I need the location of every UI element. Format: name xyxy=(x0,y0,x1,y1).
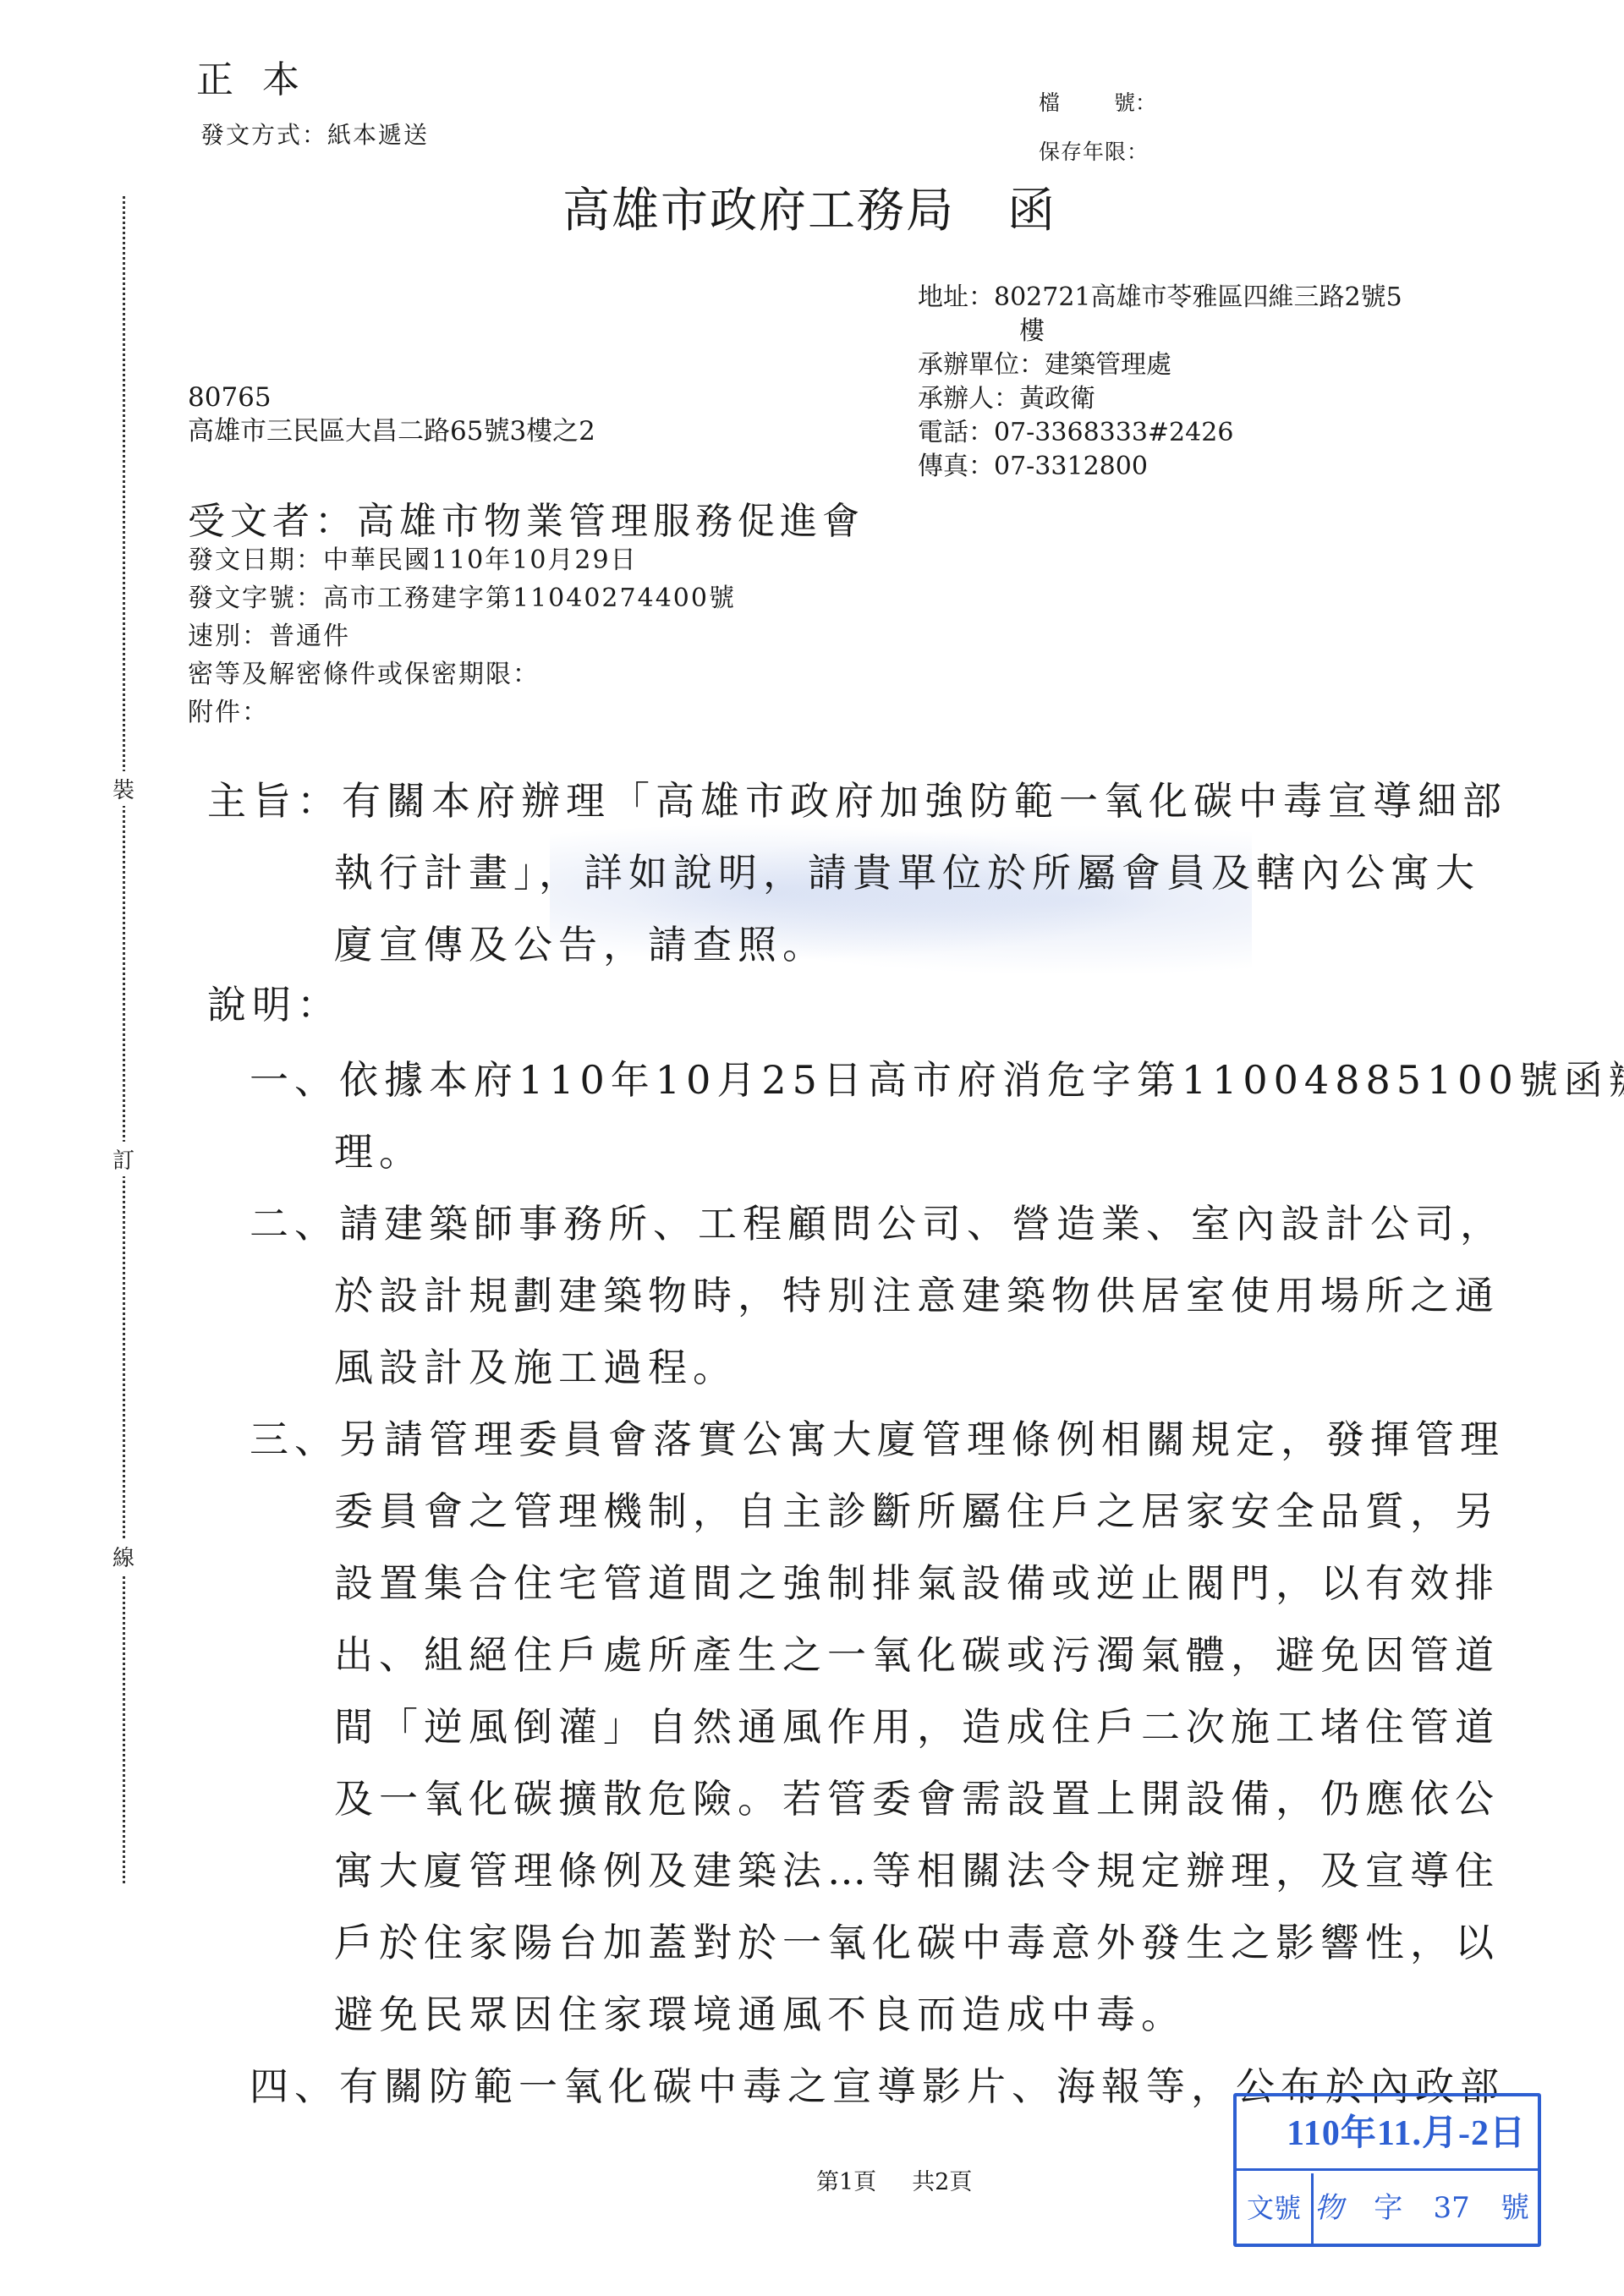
attachment: 附件： xyxy=(188,693,736,732)
item-3-line: 及一氧化碳擴散危險。若管委會需設置上開設備，仍應依公 xyxy=(250,1763,1624,1835)
item-2-line: 風設計及施工過程。 xyxy=(250,1332,1624,1404)
subject-line: 執行計畫」，詳如說明，請貴單位於所屬會員及轄內公寓大 xyxy=(207,837,1507,909)
page-indicator: 第1頁共2頁 xyxy=(816,2163,972,2196)
binding-char-xian: 線 xyxy=(112,1539,134,1574)
stamp-doc-number: 物 字 37 號 xyxy=(1314,2173,1529,2244)
issuing-agency: 高雄市政府工務局 xyxy=(562,184,955,238)
received-date-stamp: 110年11.月-2日 文號 物 字 37 號 xyxy=(1233,2093,1541,2247)
file-number-label: 檔號： xyxy=(1039,86,1156,117)
binding-dotted-line xyxy=(123,196,125,1883)
send-method: 發文方式：紙本遞送 xyxy=(200,117,429,151)
document-title: 高雄市政府工務局函 xyxy=(562,173,1056,241)
page-total: 共2頁 xyxy=(912,2169,972,2195)
sender-address-cont: 樓 xyxy=(918,315,1402,348)
item-3-line: 戶於住家陽台加蓋對於一氧化碳中毒意外發生之影響性，以 xyxy=(250,1907,1624,1979)
item-3-line: 三、另請管理委員會落實公寓大廈管理條例相關規定，發揮管理 xyxy=(250,1404,1624,1476)
stamp-word: 字 xyxy=(1374,2173,1402,2244)
sender-fax: 傳真：07-3312800 xyxy=(918,450,1402,484)
item-3-line: 設置集合住宅管道間之強制排氣設備或逆止閥門，以有效排 xyxy=(250,1548,1624,1619)
file-number-label-a: 檔 xyxy=(1039,90,1114,115)
priority: 速別：普通件 xyxy=(188,617,736,655)
subject-paragraph: 主旨：有關本府辦理「高雄市政府加強防範一氧化碳中毒宣導細部 執行計畫」，詳如說明… xyxy=(207,765,1507,981)
item-3-line: 寓大廈管理條例及建築法…等相關法令規定辦理，及宣導住 xyxy=(250,1835,1624,1907)
stamp-suffix: 號 xyxy=(1501,2173,1529,2244)
item-3-line: 出、組絕住戶處所產生之一氧化碳或污濁氣體，避免因管道 xyxy=(250,1619,1624,1691)
copy-type-label: 正本 xyxy=(196,49,328,103)
retention-period-label: 保存年限： xyxy=(1039,135,1149,166)
stamp-number: 37 xyxy=(1433,2173,1469,2244)
item-2-line: 二、請建築師事務所、工程顧問公司、營造業、室內設計公司， xyxy=(250,1188,1624,1260)
recipient-address: 高雄市三民區大昌二路65號3樓之2 xyxy=(188,414,595,448)
recipient-mailing-address: 80765 高雄市三民區大昌二路65號3樓之2 xyxy=(188,381,595,448)
sender-phone: 電話：07-3368333#2426 xyxy=(918,416,1402,450)
item-3-line: 避免民眾因住家環境通風不良而造成中毒。 xyxy=(250,1979,1624,2051)
sender-address: 地址：802721高雄市苓雅區四維三路2號5 xyxy=(918,281,1402,315)
binding-char-zhuang: 裝 xyxy=(112,771,134,806)
file-number-label-b: 號： xyxy=(1114,90,1156,115)
handling-unit: 承辦單位：建築管理處 xyxy=(918,348,1402,382)
item-2-line: 於設計規劃建築物時，特別注意建築物供居室使用場所之通 xyxy=(250,1260,1624,1332)
stamp-date: 110年11.月-2日 xyxy=(1237,2096,1538,2171)
document-meta: 發文日期：中華民國110年10月29日 發文字號：高市工務建字第11040274… xyxy=(188,541,736,732)
item-3-line: 間「逆風倒灌」自然通風作用，造成住戶二次施工堵住管道 xyxy=(250,1691,1624,1763)
binding-char-ding: 訂 xyxy=(112,1142,134,1176)
item-1-line: 一、依據本府110年10月25日高市府消危字第11004885100號函辦 xyxy=(250,1044,1624,1116)
item-3-line: 委員會之管理機制，自主診斷所屬住戶之居家安全品質，另 xyxy=(250,1476,1624,1548)
explanation-items: 一、依據本府110年10月25日高市府消危字第11004885100號函辦 理。… xyxy=(250,1044,1624,2123)
recipient-zip: 80765 xyxy=(188,381,595,414)
handling-officer: 承辦人：黃政衛 xyxy=(918,382,1402,416)
document-type: 函 xyxy=(1007,184,1056,238)
stamp-label: 文號 xyxy=(1237,2173,1314,2244)
sender-info-block: 地址：802721高雄市苓雅區四維三路2號5 樓 承辦單位：建築管理處 承辦人：… xyxy=(918,281,1402,484)
document-number: 發文字號：高市工務建字第11040274400號 xyxy=(188,579,736,617)
recipient: 受文者：高雄市物業管理服務促進會 xyxy=(188,490,864,545)
explanation-label: 說明： xyxy=(207,974,342,1030)
subject-line: 主旨：有關本府辦理「高雄市政府加強防範一氧化碳中毒宣導細部 xyxy=(207,765,1507,837)
item-1-line: 理。 xyxy=(250,1116,1624,1188)
page-number: 第1頁 xyxy=(816,2169,876,2195)
issue-date: 發文日期：中華民國110年10月29日 xyxy=(188,541,736,579)
subject-line: 廈宣傳及公告，請查照。 xyxy=(207,909,1507,981)
stamp-prefix-handwritten: 物 xyxy=(1314,2173,1343,2244)
classification: 密等及解密條件或保密期限： xyxy=(188,655,736,693)
